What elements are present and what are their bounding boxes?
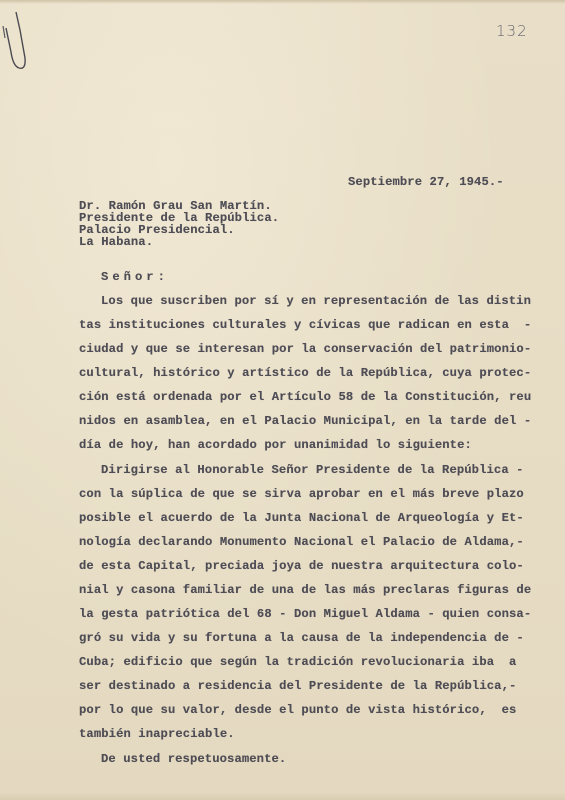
paper-bottom-edge (0, 792, 565, 800)
letter-page: 132 Septiembre 27, 1945.- Dr. Ramón Grau… (0, 0, 565, 800)
closing: De usted respetuosamente. (101, 752, 286, 766)
paragraph-line: Los que suscriben por sí y en representa… (101, 294, 531, 308)
paragraph-line: con la súplica de que se sirva aprobar e… (79, 487, 524, 501)
paperclip-mark-icon (2, 8, 28, 72)
recipient-city: La Habana. (79, 235, 153, 249)
paper-top-edge (0, 0, 565, 4)
paragraph-line: nial y casona familiar de una de las más… (79, 583, 531, 597)
paragraph-line: Dirigirse al Honorable Señor Presidente … (101, 463, 524, 477)
paragraph-line: cultural, histórico y artístico de la Re… (79, 366, 531, 380)
paragraph-line: posible el acuerdo de la Junta Nacional … (79, 511, 524, 525)
paragraph-line: día de hoy, han acordado por unanimidad … (79, 438, 472, 452)
paragraph-line: ción está ordenada por el Artículo 58 de… (79, 390, 531, 404)
paragraph-line: ser destinado a residencia del President… (79, 679, 516, 693)
paragraph-line: de esta Capital, preciada joya de nuestr… (79, 559, 524, 573)
paragraph-line: nidos en asamblea, en el Palacio Municip… (79, 414, 531, 428)
page-number: 132 (496, 22, 528, 40)
paragraph-line: ciudad y que se interesan por la conserv… (79, 342, 531, 356)
paragraph-line: la gesta patriótica del 68 - Don Miguel … (79, 607, 531, 621)
paragraph-line: gró su vida y su fortuna a la causa de l… (79, 631, 524, 645)
paragraph-line: Cuba; edificio que según la tradición re… (79, 655, 516, 669)
salutation: Señor: (101, 270, 169, 284)
paragraph-line: también inapreciable. (79, 727, 235, 741)
paragraph-line: nología declarando Monumento Nacional el… (79, 535, 524, 549)
paragraph-line: por lo que su valor, desde el punto de v… (79, 703, 516, 717)
paragraph-line: tas instituciones culturales y cívicas q… (79, 318, 531, 332)
letter-date: Septiembre 27, 1945.- (348, 175, 504, 189)
